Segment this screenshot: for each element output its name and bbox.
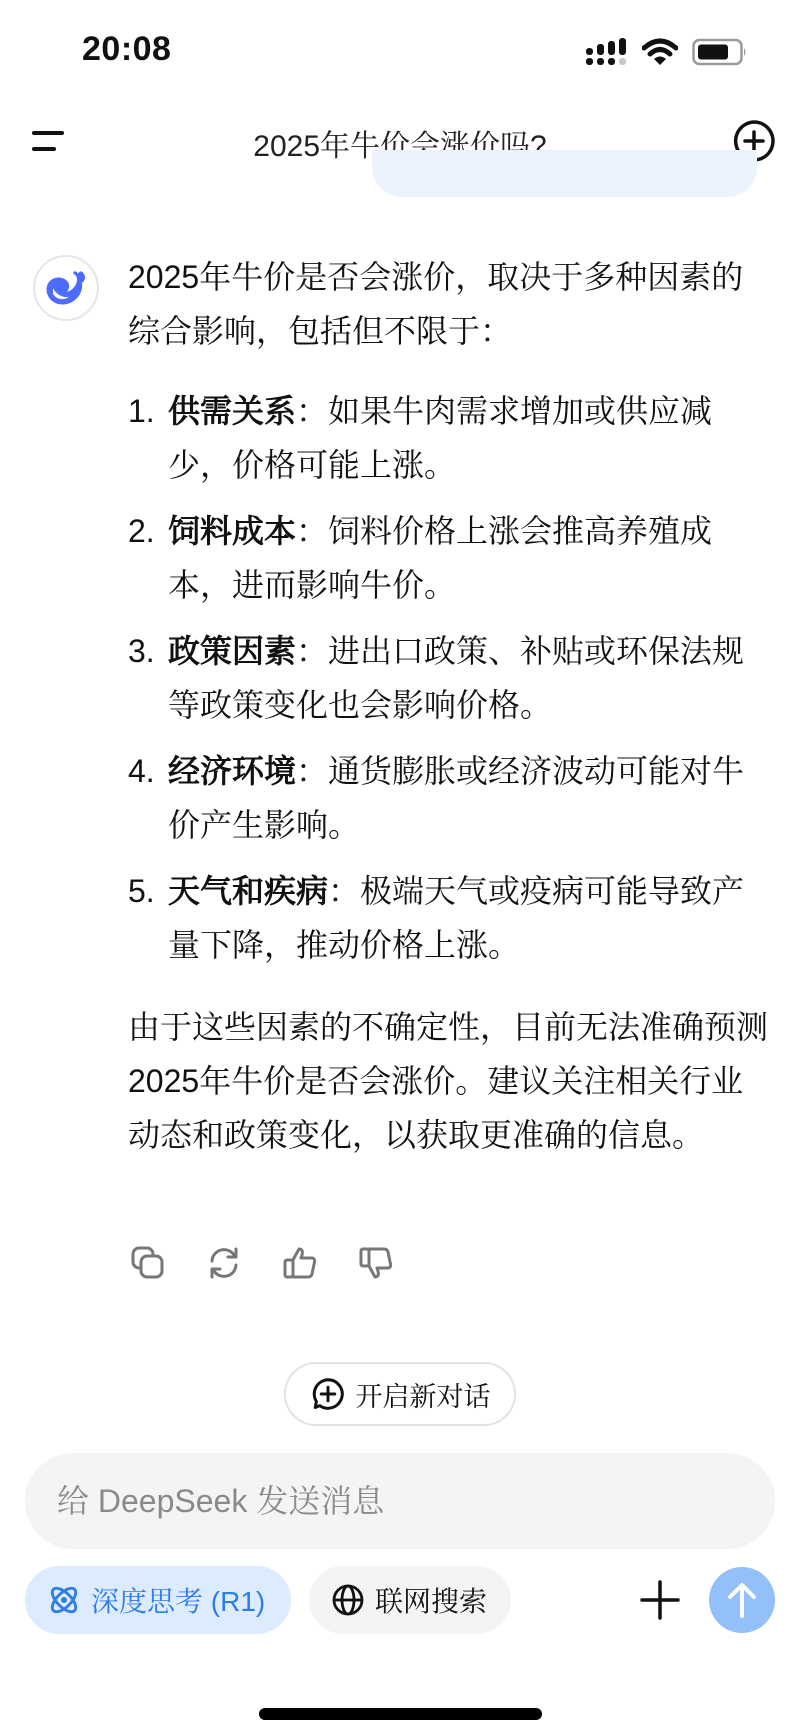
regenerate-icon bbox=[206, 1245, 242, 1281]
attach-button[interactable] bbox=[638, 1578, 682, 1622]
arrow-up-icon bbox=[725, 1581, 759, 1619]
deep-think-label: 深度思考 (R1) bbox=[91, 1580, 265, 1620]
new-chat-icon bbox=[310, 1376, 346, 1412]
thumbs-up-icon bbox=[282, 1245, 318, 1281]
message-conclusion: 由于这些因素的不确定性，目前无法准确预测 2025年牛价是否会涨价。建议关注相关… bbox=[128, 1000, 768, 1162]
status-icons bbox=[586, 38, 748, 66]
item-title: 供需关系 bbox=[168, 393, 296, 429]
status-bar: 20:08 bbox=[0, 0, 800, 100]
web-search-toggle[interactable]: 联网搜索 bbox=[309, 1566, 511, 1634]
wifi-icon bbox=[642, 38, 678, 66]
item-title: 饲料成本 bbox=[168, 513, 296, 549]
list-item: 2. 饲料成本：饲料价格上涨会推高养殖成本，进而影响牛价。 bbox=[128, 504, 768, 612]
new-conversation-label: 开启新对话 bbox=[356, 1375, 491, 1414]
message-body: 2025年牛价是否会涨价，取决于多种因素的综合影响，包括但不限于： 1. 供需关… bbox=[128, 250, 768, 1162]
battery-icon bbox=[692, 38, 748, 66]
message-intro: 2025年牛价是否会涨价，取决于多种因素的综合影响，包括但不限于： bbox=[128, 250, 768, 358]
like-button[interactable] bbox=[280, 1243, 320, 1283]
deep-think-toggle[interactable]: 深度思考 (R1) bbox=[25, 1566, 291, 1634]
composer-toolbar: 深度思考 (R1) 联网搜索 bbox=[0, 1566, 800, 1634]
status-time: 20:08 bbox=[82, 30, 171, 69]
list-item: 4. 经济环境：通货膨胀或经济波动可能对牛价产生影响。 bbox=[128, 744, 768, 852]
composer bbox=[25, 1453, 775, 1549]
web-search-label: 联网搜索 bbox=[375, 1580, 487, 1620]
globe-icon bbox=[331, 1583, 365, 1617]
home-indicator bbox=[259, 1708, 542, 1720]
copy-button[interactable] bbox=[128, 1243, 168, 1283]
send-button[interactable] bbox=[709, 1567, 775, 1633]
factor-list: 1. 供需关系：如果牛肉需求增加或供应减少，价格可能上涨。 2. 饲料成本：饲料… bbox=[128, 384, 768, 972]
list-item: 5. 天气和疾病：极端天气或疫病可能导致产量下降，推动价格上涨。 bbox=[128, 864, 768, 972]
list-item: 1. 供需关系：如果牛肉需求增加或供应减少，价格可能上涨。 bbox=[128, 384, 768, 492]
item-title: 经济环境 bbox=[168, 753, 296, 789]
item-title: 政策因素 bbox=[168, 633, 296, 669]
item-title: 天气和疾病 bbox=[168, 873, 328, 909]
thumbs-down-icon bbox=[358, 1245, 394, 1281]
user-message-bubble bbox=[372, 150, 757, 197]
regenerate-button[interactable] bbox=[204, 1243, 244, 1283]
dislike-button[interactable] bbox=[356, 1243, 396, 1283]
message-actions bbox=[128, 1243, 396, 1283]
new-conversation-button[interactable]: 开启新对话 bbox=[284, 1362, 516, 1426]
signal-icon bbox=[586, 38, 628, 66]
deepseek-whale-icon bbox=[44, 268, 88, 308]
message-input[interactable] bbox=[57, 1453, 737, 1549]
atom-icon bbox=[47, 1583, 81, 1617]
list-item: 3. 政策因素：进出口政策、补贴或环保法规等政策变化也会影响价格。 bbox=[128, 624, 768, 732]
copy-icon bbox=[130, 1245, 166, 1281]
avatar bbox=[33, 255, 99, 321]
plus-icon bbox=[638, 1578, 682, 1622]
